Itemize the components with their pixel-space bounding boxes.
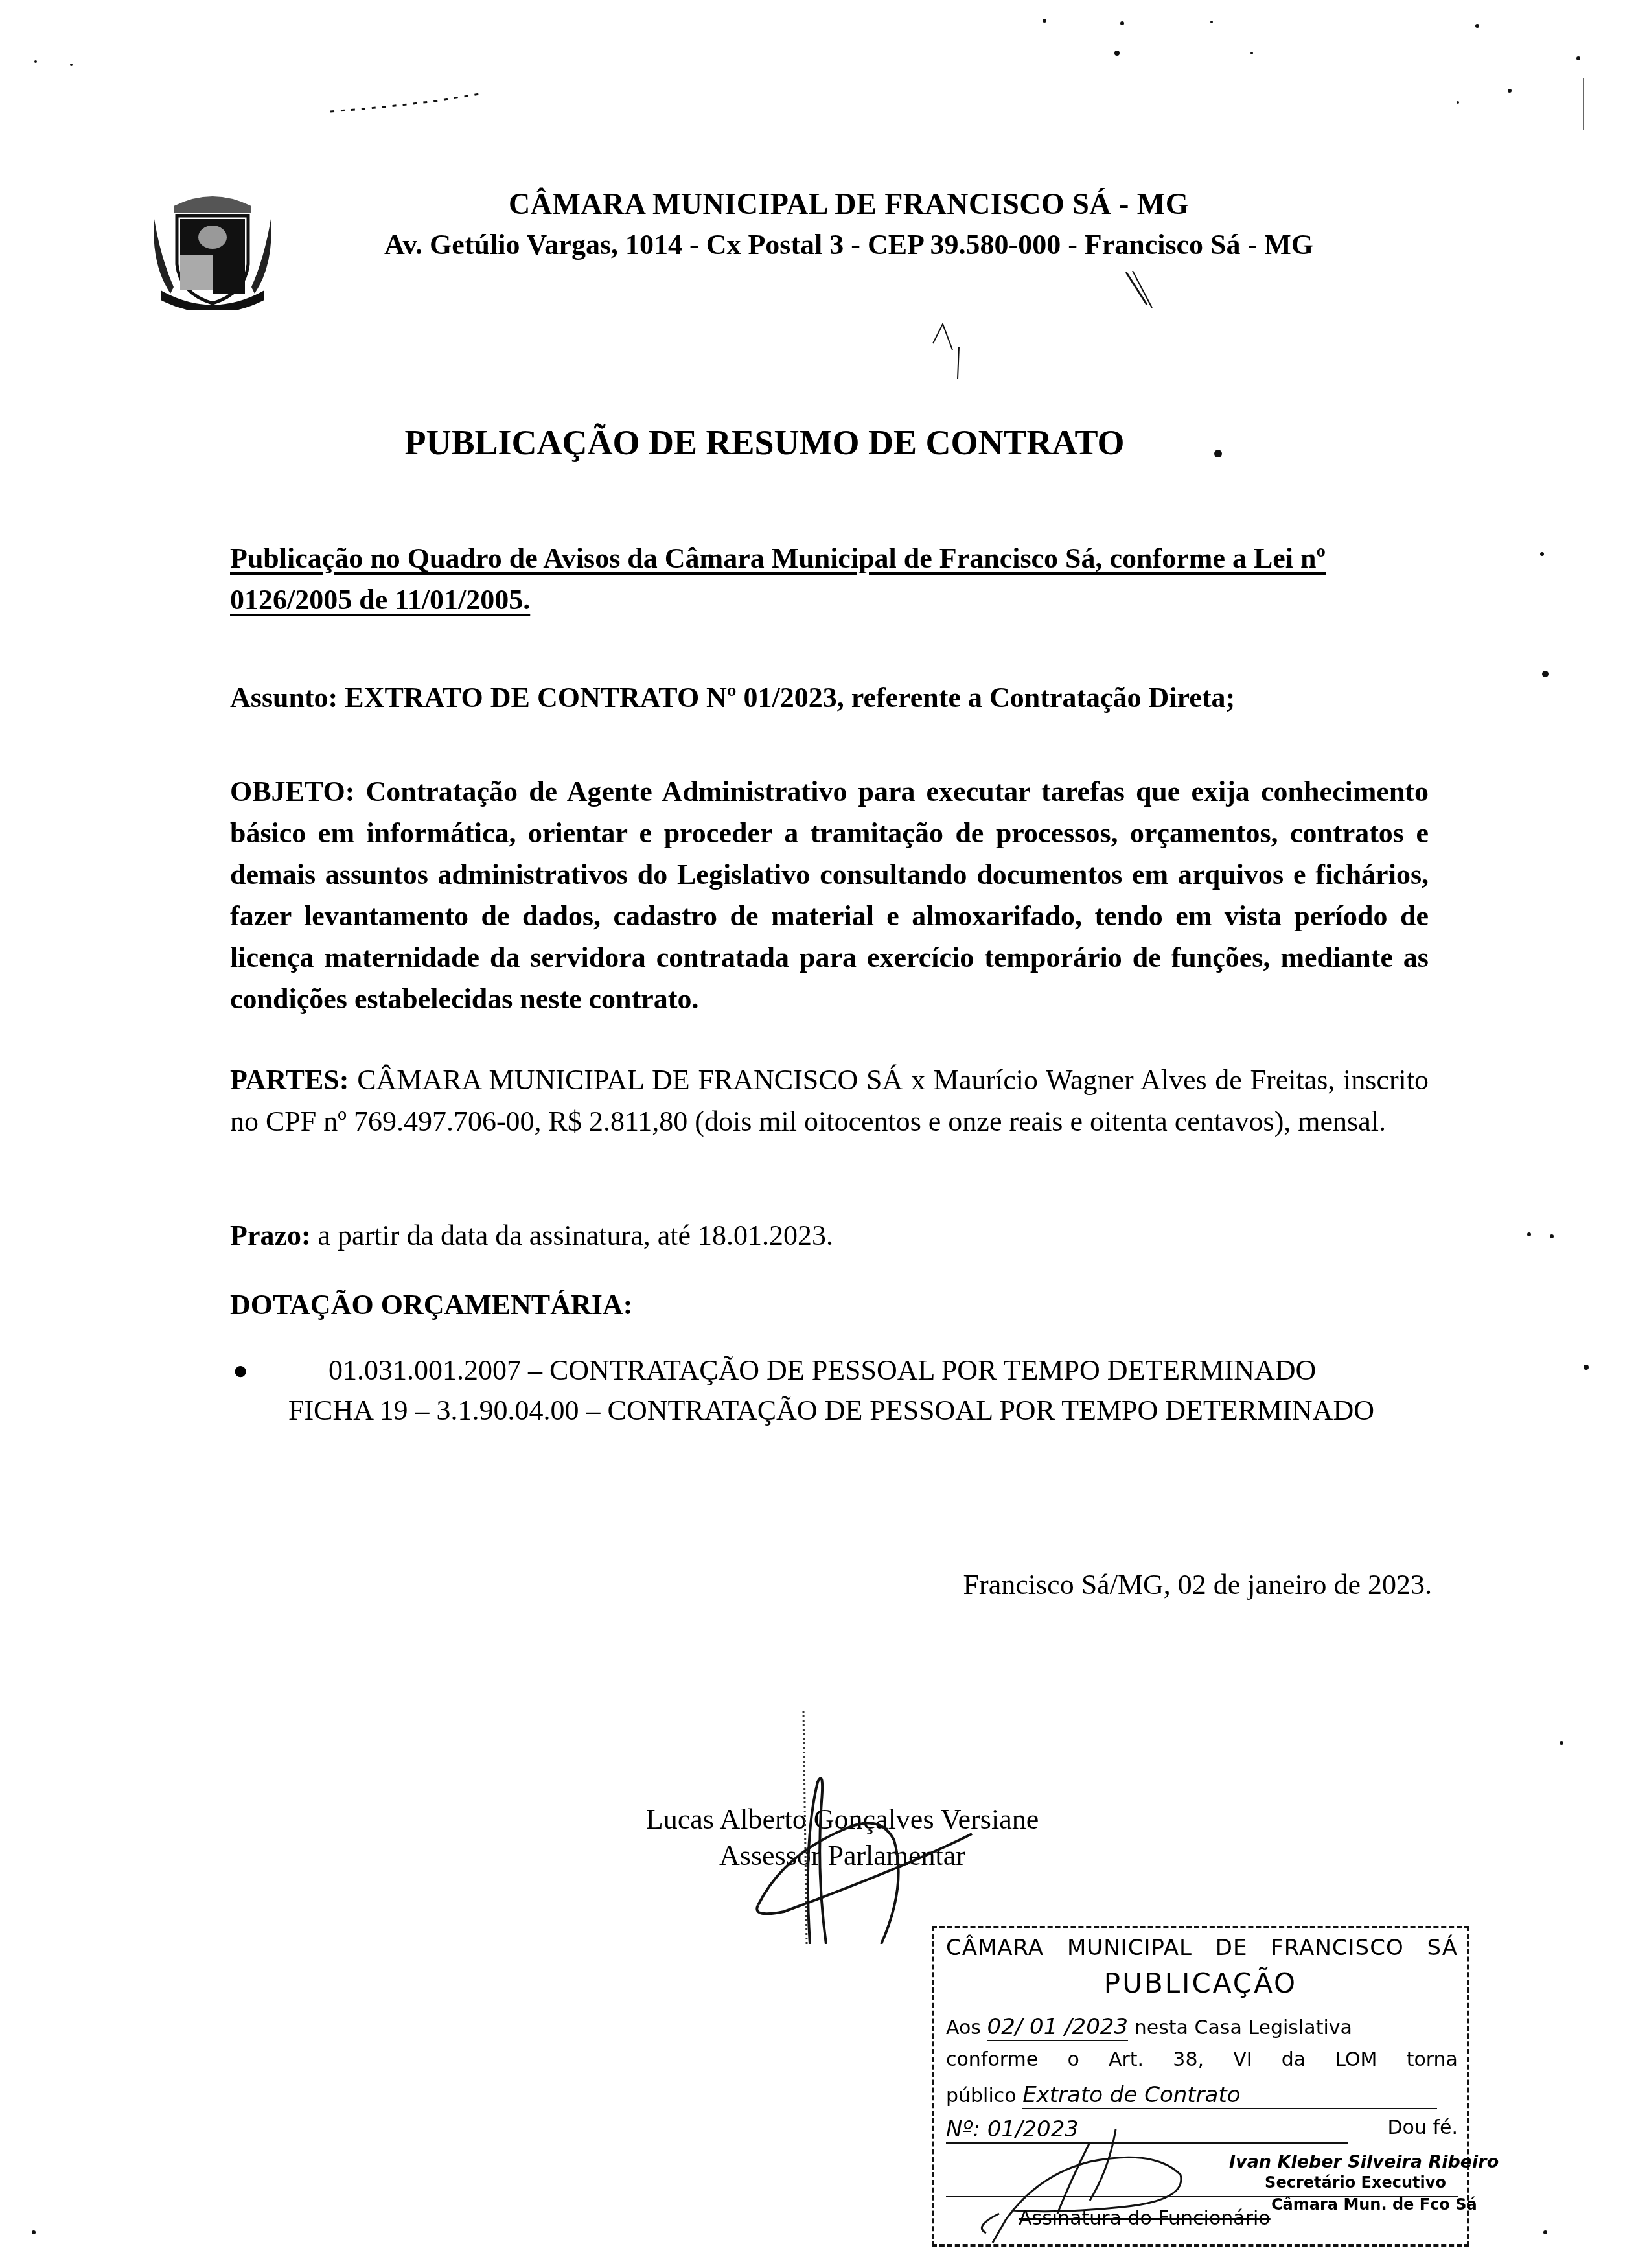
signatory-role: Assessor Parlamentar <box>583 1838 1101 1874</box>
stamp-aos-row: Aos 02/ 01 /2023 nesta Casa Legislativa <box>946 2014 1458 2041</box>
dotacao-item-continuation: FICHA 19 – 3.1.90.04.00 – CONTRATAÇÃO DE… <box>230 1391 1429 1431</box>
stamp-official-org: Câmara Mun. de Fco Sá <box>1271 2195 1477 2214</box>
prazo-label: Prazo: <box>230 1220 311 1251</box>
stamp-number-row: Nº: 01/2023 Dou fé. <box>946 2116 1458 2144</box>
partes-section: PARTES: CÂMARA MUNICIPAL DE FRANCISCO SÁ… <box>230 1059 1429 1142</box>
letterhead-address: Av. Getúlio Vargas, 1014 - Cx Postal 3 -… <box>324 228 1374 261</box>
publication-notice: Publicação no Quadro de Avisos da Câmara… <box>230 538 1429 621</box>
stamp-official-role: Secretário Executivo <box>1258 2173 1453 2192</box>
stamp-header: CÂMARA MUNICIPAL DE FRANCISCO SÁ <box>946 1935 1458 1961</box>
letterhead-title: CÂMARA MUNICIPAL DE FRANCISCO SÁ - MG <box>324 187 1374 221</box>
subject-text: EXTRATO DE CONTRATO Nº 01/2023, referent… <box>338 682 1235 713</box>
stamp-publico-row: público Extrato de Contrato <box>946 2082 1458 2109</box>
dotacao-item: ● 01.031.001.2007 – CONTRATAÇÃO DE PESSO… <box>230 1350 1429 1391</box>
dotacao-list: ● 01.031.001.2007 – CONTRATAÇÃO DE PESSO… <box>230 1350 1429 1431</box>
prazo-section: Prazo: a partir da data da assinatura, a… <box>230 1215 1429 1256</box>
stamp-title: PUBLICAÇÃO <box>934 1967 1467 1999</box>
dotacao-item-line2: FICHA 19 – 3.1.90.04.00 – CONTRATAÇÃO DE… <box>288 1394 1374 1426</box>
stamp-publico-handwritten: Extrato de Contrato <box>1022 2082 1437 2109</box>
subject-label: Assunto: <box>230 682 338 713</box>
prazo-text: a partir da data da assinatura, até 18.0… <box>311 1220 833 1251</box>
document-title: PUBLICAÇÃO DE RESUMO DE CONTRATO <box>233 422 1296 463</box>
stamp-aos-label: Aos <box>946 2017 981 2039</box>
signatory-block: Lucas Alberto Gonçalves Versiane Assesso… <box>583 1801 1101 1874</box>
dotacao-title: DOTAÇÃO ORÇAMENTÁRIA: <box>230 1284 1429 1326</box>
publication-stamp: CÂMARA MUNICIPAL DE FRANCISCO SÁ PUBLICA… <box>932 1926 1469 2247</box>
stamp-dou-fe: Dou fé. <box>1387 2116 1458 2139</box>
stamp-signature-caption: Assinatura do Funcionário <box>1019 2207 1271 2230</box>
objeto-text: Contratação de Agente Administrativo par… <box>230 776 1429 1015</box>
municipal-coat-of-arms-icon <box>148 180 277 310</box>
partes-text: CÂMARA MUNICIPAL DE FRANCISCO SÁ x Maurí… <box>230 1064 1429 1137</box>
bullet-icon: ● <box>233 1350 248 1391</box>
stamp-publico-label: público <box>946 2085 1017 2107</box>
partes-label: PARTES: <box>230 1064 349 1096</box>
stamp-number-handwritten: Nº: 01/2023 <box>946 2116 1348 2144</box>
stamp-date-handwritten: 02/ 01 /2023 <box>987 2014 1129 2041</box>
objeto-section: OBJETO: Contratação de Agente Administra… <box>230 771 1429 1020</box>
stamp-aos-suffix: nesta Casa Legislativa <box>1135 2017 1352 2039</box>
dotacao-item-line1: 01.031.001.2007 – CONTRATAÇÃO DE PESSOAL… <box>328 1354 1316 1386</box>
stamp-official-name: Ivan Kleber Silveira Ribeiro <box>1229 2152 1499 2172</box>
stamp-conforme: conforme o Art. 38, VI da LOM torna <box>946 2048 1458 2071</box>
objeto-label: OBJETO: <box>230 776 354 807</box>
place-date: Francisco Sá/MG, 02 de janeiro de 2023. <box>778 1568 1432 1601</box>
subject: Assunto: EXTRATO DE CONTRATO Nº 01/2023,… <box>230 677 1429 719</box>
signatory-name: Lucas Alberto Gonçalves Versiane <box>583 1801 1101 1838</box>
